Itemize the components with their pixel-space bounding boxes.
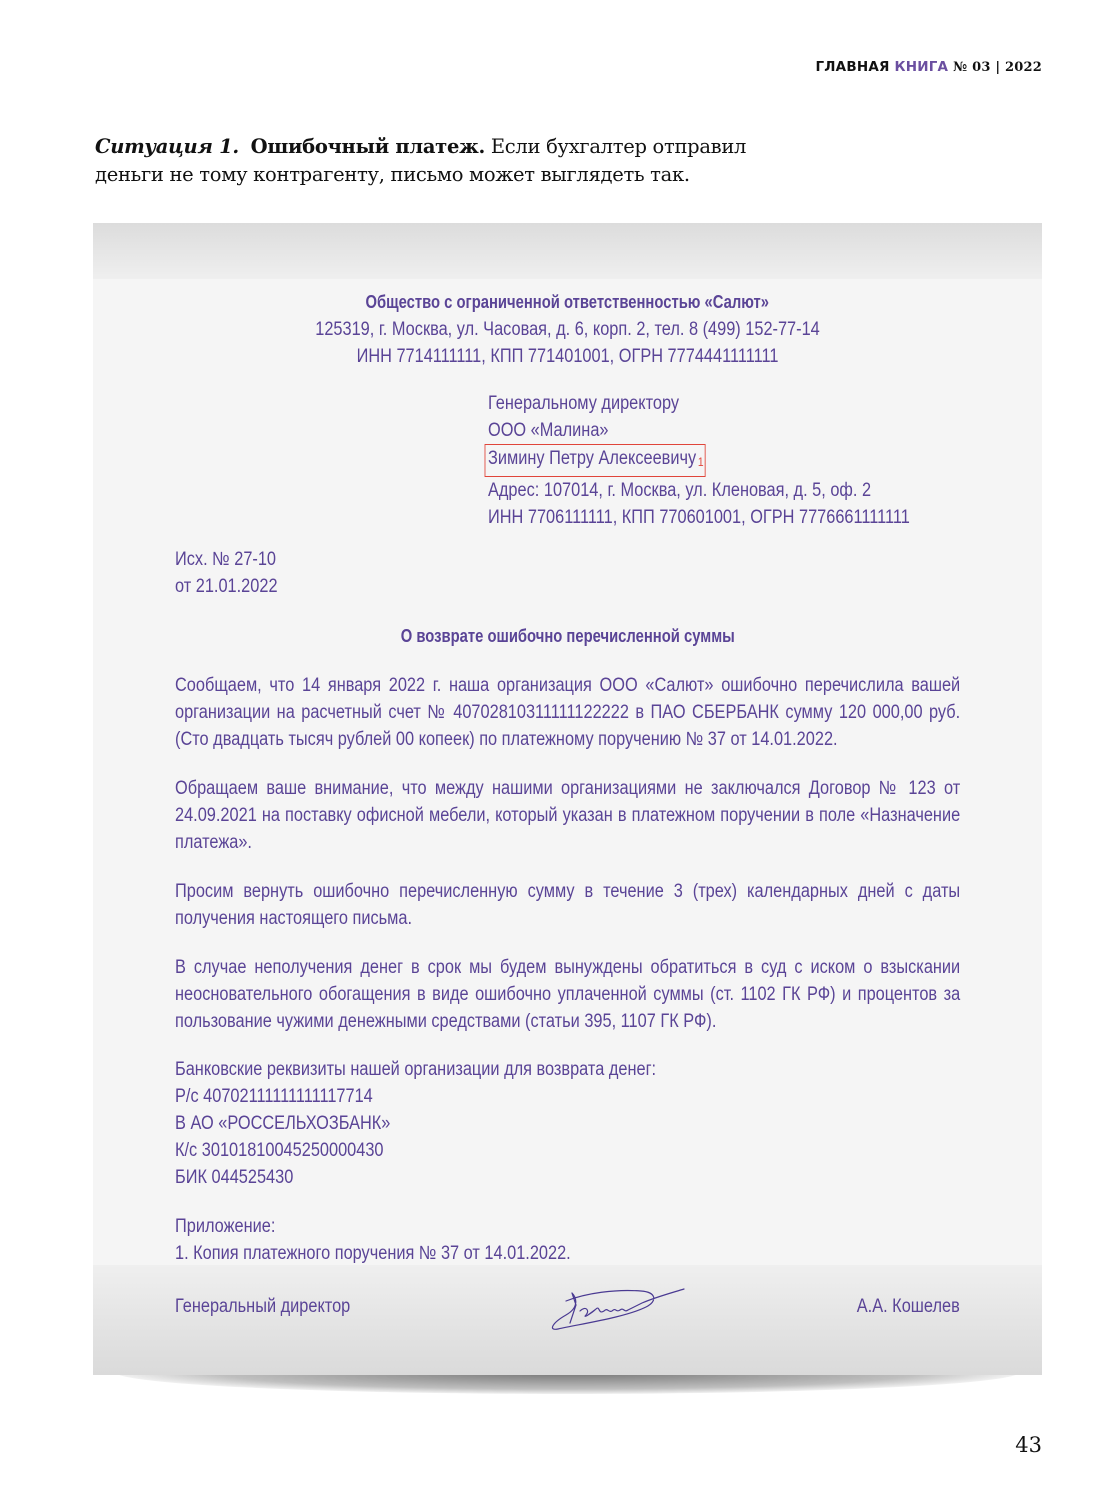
masthead-issue: № 03 | 2022	[953, 60, 1042, 75]
body-paragraph: Обращаем ваше внимание, что между нашими…	[175, 775, 960, 856]
sender-org-name: Общество с ограниченной ответственностью…	[366, 288, 770, 315]
page-number: 43	[1015, 1433, 1042, 1457]
sender-address: 125319, г. Москва, ул. Часовая, д. 6, ко…	[159, 316, 975, 343]
sender-block: Общество с ограниченной ответственностью…	[93, 288, 1042, 370]
letter-subject: О возврате ошибочно перечисленной суммы	[93, 622, 1042, 650]
addressee-name-highlight: Зимину Петру Алексеевичу1	[485, 444, 706, 477]
addressee-address: Адрес: 107014, г. Москва, ул. Кленовая, …	[488, 477, 970, 504]
reference-date: от 21.01.2022	[175, 573, 278, 600]
handwritten-signature-icon	[546, 1283, 686, 1333]
sender-ids: ИНН 7714111111, КПП 771401001, ОГРН 7774…	[159, 343, 975, 370]
attachment-heading: Приложение:	[175, 1213, 571, 1240]
letter-top-gradient	[93, 223, 1042, 279]
bank-corr-account: К/с 30101810045250000430	[175, 1137, 656, 1164]
addressee-ids: ИНН 7706111111, КПП 770601001, ОГРН 7776…	[488, 504, 970, 531]
outgoing-reference: Исх. № 27-10 от 21.01.2022	[175, 546, 278, 600]
magazine-masthead: ГЛАВНАЯ КНИГА № 03 | 2022	[815, 59, 1042, 75]
reference-number: Исх. № 27-10	[175, 546, 278, 573]
addressee-org: ООО «Малина»	[488, 417, 970, 444]
letter-sample: Общество с ограниченной ответственностью…	[93, 223, 1042, 1375]
bank-name: В АО «РОССЕЛЬХОЗБАНК»	[175, 1110, 656, 1137]
situation-lead: Ошибочный платеж.	[251, 135, 485, 158]
masthead-brand-accent: КНИГА	[894, 59, 948, 75]
body-paragraph: Просим вернуть ошибочно перечисленную су…	[175, 878, 960, 932]
footnote-marker: 1	[698, 455, 704, 469]
bank-details-heading: Банковские реквизиты нашей организации д…	[175, 1056, 656, 1083]
addressee-block: Генеральному директору ООО «Малина» Зими…	[488, 390, 970, 531]
addressee-position: Генеральному директору	[488, 390, 970, 417]
signatory-title: Генеральный директор	[175, 1293, 350, 1320]
body-paragraph: В случае неполучения денег в срок мы буд…	[175, 954, 960, 1035]
masthead-brand: ГЛАВНАЯ	[815, 59, 889, 75]
bank-bik: БИК 044525430	[175, 1164, 656, 1191]
signatory-name: А.А. Кошелев	[857, 1293, 960, 1320]
bank-details: Банковские реквизиты нашей организации д…	[175, 1056, 656, 1191]
letter-shadow	[115, 1372, 1020, 1394]
attachment-item: 1. Копия платежного поручения № 37 от 14…	[175, 1240, 571, 1267]
body-paragraph: Сообщаем, что 14 января 2022 г. наша орг…	[175, 672, 960, 753]
attachment-block: Приложение: 1. Копия платежного поручени…	[175, 1213, 571, 1267]
addressee-name: Зимину Петру Алексеевичу	[488, 448, 696, 469]
intro-paragraph: Ситуация 1. Ошибочный платеж. Если бухга…	[95, 133, 795, 189]
bank-account: Р/с 40702111111111117714	[175, 1083, 656, 1110]
situation-label: Ситуация 1.	[95, 135, 239, 158]
